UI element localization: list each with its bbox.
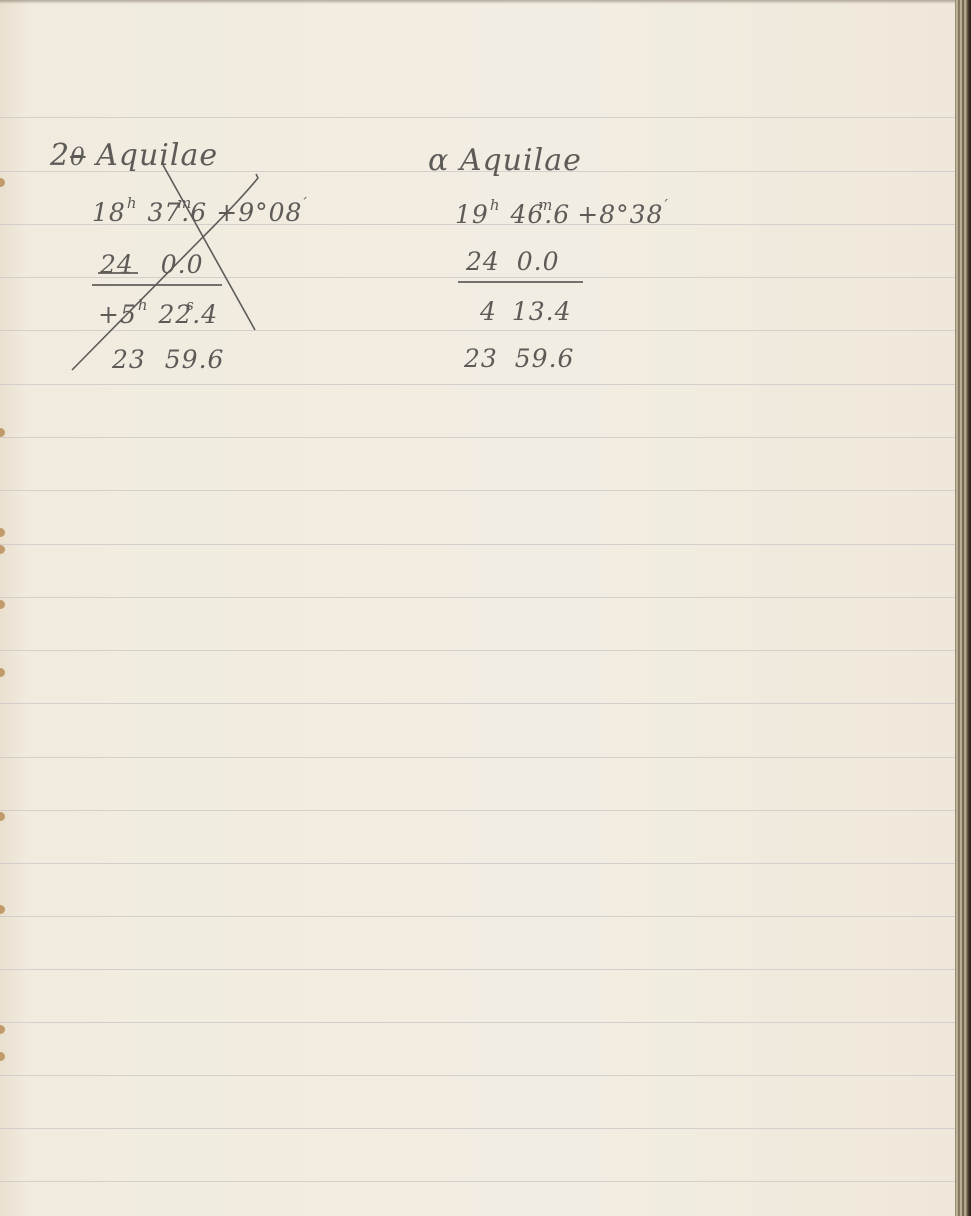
right-heading: α Aquilae (428, 143, 582, 178)
hours-value: +5 (98, 300, 137, 329)
hours-unit: h (490, 196, 501, 214)
binding-hole (0, 178, 5, 187)
right-heading-prefix: α (428, 143, 449, 178)
notebook-page: 2θ Aquilae 18h 37.6m +9°08′ 24 0.0 +5h 2… (0, 0, 955, 1216)
minutes-unit: m (177, 194, 192, 212)
binding-hole (0, 545, 5, 554)
rule-line (0, 117, 955, 118)
rule-line (0, 597, 955, 598)
declination-unit: ′ (664, 196, 668, 214)
minutes-value: 0.0 (517, 247, 560, 276)
hours-value: 18 (92, 198, 126, 227)
left-heading-prefix: 2 (50, 138, 70, 173)
rule-line (0, 1128, 955, 1129)
rule-line (0, 757, 955, 758)
hours-value: 19 (455, 200, 489, 229)
binding-hole (0, 668, 5, 677)
rule-line (0, 1181, 955, 1182)
binding-hole (0, 428, 5, 437)
left-row-3: +5h 22.4s (98, 300, 196, 329)
right-row-2: 24 0.0 (466, 247, 560, 276)
right-row-3: 4 13.4 (480, 297, 572, 326)
page-top-shadow (0, 0, 955, 4)
minutes-value: 59.6 (165, 345, 225, 374)
left-row-1: 18h 37.6m +9°08′ (92, 198, 309, 227)
left-heading: 2θ Aquilae (50, 138, 218, 173)
hours-unit: h (127, 194, 138, 212)
left-row-2: 24 0.0 (100, 250, 204, 279)
rule-line (0, 916, 955, 917)
binding-hole (0, 812, 5, 821)
binding-hole (0, 600, 5, 609)
right-row-4: 23 59.6 (464, 344, 574, 373)
seconds-unit: s (186, 296, 195, 314)
left-heading-name: Aquilae (96, 138, 218, 173)
rule-line (0, 330, 955, 331)
hours-value: 24 (466, 247, 500, 276)
rule-line (0, 969, 955, 970)
binding-hole (0, 528, 5, 537)
page-stack-edge (955, 0, 971, 1216)
right-row-1: 19h 46.6m +8°38′ (455, 200, 670, 229)
declination-unit: ′ (303, 194, 307, 212)
hours-value: 23 (112, 345, 146, 374)
underline (98, 272, 138, 274)
rule-line (0, 1022, 955, 1023)
rule-line (0, 544, 955, 545)
subtraction-rule (458, 281, 583, 283)
binding-hole (0, 1025, 5, 1034)
declination-value: +8°38 (577, 200, 663, 229)
hours-unit: h (138, 296, 149, 314)
rule-line (0, 490, 955, 491)
binding-hole (0, 1052, 5, 1061)
rule-line (0, 810, 955, 811)
minutes-unit: m (538, 196, 553, 214)
left-row-4: 23 59.6 (112, 345, 224, 374)
rule-line (0, 437, 955, 438)
minutes-value: 0.0 (161, 250, 204, 279)
rule-line (0, 863, 955, 864)
right-heading-name: Aquilae (460, 143, 582, 178)
hours-value: 4 (480, 297, 497, 326)
binding-hole (0, 905, 5, 914)
rule-line (0, 1075, 955, 1076)
declination-value: +9°08 (216, 198, 302, 227)
rule-line (0, 650, 955, 651)
rule-line (0, 384, 955, 385)
hours-value: 24 (100, 250, 134, 279)
left-heading-struck-prefix: θ (70, 143, 85, 171)
minutes-value: 59.6 (515, 344, 575, 373)
rule-line (0, 703, 955, 704)
minutes-value: 13.4 (512, 297, 572, 326)
hours-value: 23 (464, 344, 498, 373)
subtraction-rule (92, 284, 222, 286)
